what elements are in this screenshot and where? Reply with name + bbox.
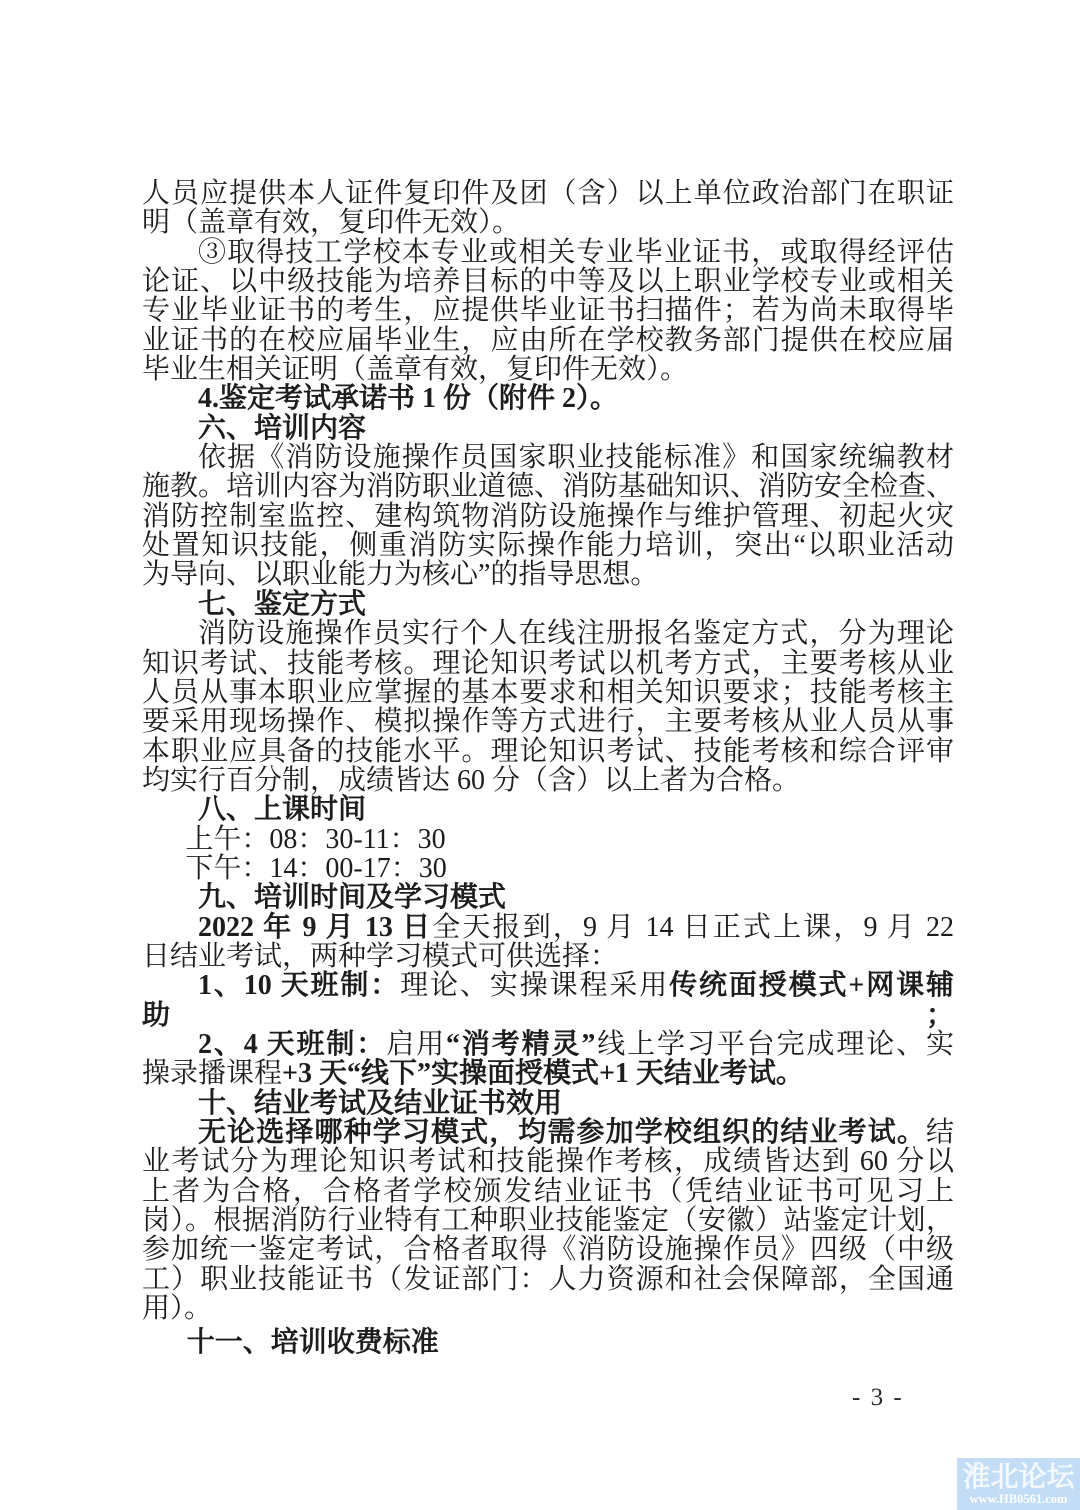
text-segment: 人员从事本职业应掌握的基本要求和相关知识要求；技能考核主 xyxy=(142,677,954,708)
text-segment: 用）。 xyxy=(142,1293,212,1324)
watermark-logo-text: 淮北论坛 xyxy=(962,1462,1074,1492)
forum-watermark: 淮北论坛 www.HB0561.com xyxy=(957,1458,1080,1510)
text-segment: 参加统一鉴定考试，合格者取得《消防设施操作员》四级（中级 xyxy=(142,1234,954,1265)
text-segment: 日结业考试，两种学习模式可供选择： xyxy=(142,941,618,972)
text-line: 消防设施操作员实行个人在线注册报名鉴定方式，分为理论 xyxy=(142,619,954,648)
section-heading-6: 六、培训内容 xyxy=(142,414,954,443)
text-segment: 依据《消防设施操作员国家职业技能标准》和国家统编教材 xyxy=(198,442,954,473)
text-segment: 上午：08：30-11：30 xyxy=(185,824,445,855)
text-line: 上者为合格，合格者学校颁发结业证书（凭结业证书可见习上 xyxy=(142,1177,954,1206)
text-segment: 消防控制室监控、建构筑物消防设施操作与维护管理、初起火灾 xyxy=(142,501,954,532)
text-line: 要采用现场操作、模拟操作等方式进行，主要考核从业人员从事 xyxy=(142,707,954,736)
text-line: 消防控制室监控、建构筑物消防设施操作与维护管理、初起火灾 xyxy=(142,502,954,531)
bold-text-segment: 十一、培训收费标准 xyxy=(187,1327,439,1358)
text-line: 施教。培训内容为消防职业道德、消防基础知识、消防安全检查、 xyxy=(142,472,954,501)
class-time-morning: 上午：08：30-11：30 xyxy=(142,825,954,854)
page-number: - 3 - xyxy=(852,1384,904,1412)
section-heading-11: 十一、培训收费标准 xyxy=(142,1328,954,1357)
section-heading-10: 十、结业考试及结业证书效用 xyxy=(142,1089,954,1118)
text-line: 2022 年 9 月 13 日全天报到，9 月 14 日正式上课，9 月 22 xyxy=(142,913,954,942)
text-segment: 施教。培训内容为消防职业道德、消防基础知识、消防安全检查、 xyxy=(142,471,954,502)
text-line: 均实行百分制，成绩皆达 60 分（含）以上者为合格。 xyxy=(142,766,954,795)
text-segment: 本职业应具备的技能水平。理论知识考试、技能考核和综合评审 xyxy=(142,736,954,767)
text-segment: 要采用现场操作、模拟操作等方式进行，主要考核从业人员从事 xyxy=(142,706,954,737)
section-heading-8: 八、上课时间 xyxy=(142,795,954,824)
text-segment: 毕业生相关证明（盖章有效，复印件无效）。 xyxy=(142,354,688,385)
text-line: 参加统一鉴定考试，合格者取得《消防设施操作员》四级（中级 xyxy=(142,1235,954,1264)
bold-text-segment: “消考精灵” xyxy=(446,1029,595,1060)
text-segment: 结 xyxy=(926,1117,954,1148)
text-segment: 处置知识技能，侧重消防实际操作能力培训，突出“以职业活动 xyxy=(142,530,954,561)
watermark-url: www.HB0561.com xyxy=(970,1492,1068,1506)
text-line: 论证、以中级技能为培养目标的中等及以上职业学校专业或相关 xyxy=(142,267,954,296)
document-body: 人员应提供本人证件复印件及团（含）以上单位政治部门在职证明（盖章有效，复印件无效… xyxy=(142,179,954,1358)
text-line: 处置知识技能，侧重消防实际操作能力培训，突出“以职业活动 xyxy=(142,531,954,560)
text-segment: 为导向、以职业能力为核心”的指导思想。 xyxy=(142,559,658,590)
section-heading-9: 九、培训时间及学习模式 xyxy=(142,883,954,912)
text-segment: 专业毕业证书的考生，应提供毕业证书扫描件；若为尚未取得毕 xyxy=(142,295,954,326)
text-segment: 人员应提供本人证件复印件及团（含）以上单位政治部门在职证 xyxy=(142,178,954,209)
text-segment: 工）职业技能证书（发证部门：人力资源和社会保障部，全国通 xyxy=(142,1264,954,1295)
text-line: 本职业应具备的技能水平。理论知识考试、技能考核和综合评审 xyxy=(142,737,954,766)
list-item-4: 4.鉴定考试承诺书 1 份（附件 2）。 xyxy=(142,384,954,413)
bold-text-segment: 七、鉴定方式 xyxy=(198,589,366,620)
bold-text-segment: 1、10 天班制： xyxy=(198,970,400,1001)
text-segment: 业证书的在校应届毕业生，应由所在学校教务部门提供在校应届 xyxy=(142,325,954,356)
text-segment: 消防设施操作员实行个人在线注册报名鉴定方式，分为理论 xyxy=(198,618,954,649)
bold-text-segment: 无论选择哪种学习模式，均需参加学校组织的结业考试。 xyxy=(198,1117,926,1148)
bold-text-segment: 六、培训内容 xyxy=(198,413,366,444)
class-time-afternoon: 下午：14：00-17：30 xyxy=(142,854,954,883)
bold-text-segment: 2、4 天班制： xyxy=(198,1029,386,1060)
text-segment: 理论、实操课程采用 xyxy=(400,970,669,1001)
bold-text-segment: 九、培训时间及学习模式 xyxy=(198,882,506,913)
text-line: 日结业考试，两种学习模式可供选择： xyxy=(142,942,954,971)
text-line: 知识考试、技能考核。理论知识考试以机考方式，主要考核从业 xyxy=(142,649,954,678)
text-line: 无论选择哪种学习模式，均需参加学校组织的结业考试。结 xyxy=(142,1118,954,1147)
text-line: 为导向、以职业能力为核心”的指导思想。 xyxy=(142,560,954,589)
bold-text-segment: +3 天“线下”实操面授模式+1 天结业考试。 xyxy=(282,1058,804,1089)
text-line: 依据《消防设施操作员国家职业技能标准》和国家统编教材 xyxy=(142,443,954,472)
text-line: 明（盖章有效，复印件无效）。 xyxy=(142,208,954,237)
text-line: 专业毕业证书的考生，应提供毕业证书扫描件；若为尚未取得毕 xyxy=(142,296,954,325)
text-segment: 业考试分为理论知识考试和技能操作考核，成绩皆达到 60 分以 xyxy=(142,1146,954,1177)
text-segment: 知识考试、技能考核。理论知识考试以机考方式，主要考核从业 xyxy=(142,648,954,679)
text-segment: 启用 xyxy=(386,1029,446,1060)
bold-text-segment: 4.鉴定考试承诺书 1 份（附件 2）。 xyxy=(198,383,618,414)
bold-text-segment: 八、上课时间 xyxy=(198,794,366,825)
bold-text-segment: 十、结业考试及结业证书效用 xyxy=(198,1088,562,1119)
text-segment: ③取得技工学校本专业或相关专业毕业证书，或取得经评估 xyxy=(198,237,954,268)
text-line: ③取得技工学校本专业或相关专业毕业证书，或取得经评估 xyxy=(142,238,954,267)
text-segment: 全天报到，9 月 14 日正式上课，9 月 22 xyxy=(432,912,954,943)
text-segment: 岗）。根据消防行业特有工种职业技能鉴定（安徽）站鉴定计划， xyxy=(142,1205,954,1236)
text-segment: 上者为合格，合格者学校颁发结业证书（凭结业证书可见习上 xyxy=(142,1176,954,1207)
text-segment: 下午：14：00-17：30 xyxy=(185,853,446,884)
text-line: 人员从事本职业应掌握的基本要求和相关知识要求；技能考核主 xyxy=(142,678,954,707)
list-item-mode-1: 1、10 天班制：理论、实操课程采用传统面授模式+网课辅助； xyxy=(142,971,954,1030)
text-segment: 均实行百分制，成绩皆达 60 分（含）以上者为合格。 xyxy=(142,765,800,796)
text-line: 操录播课程+3 天“线下”实操面授模式+1 天结业考试。 xyxy=(142,1059,954,1088)
text-line: 岗）。根据消防行业特有工种职业技能鉴定（安徽）站鉴定计划， xyxy=(142,1206,954,1235)
section-heading-7: 七、鉴定方式 xyxy=(142,590,954,619)
text-segment: 明（盖章有效，复印件无效）。 xyxy=(142,207,520,238)
text-segment: 论证、以中级技能为培养目标的中等及以上职业学校专业或相关 xyxy=(142,266,954,297)
text-segment: 操录播课程 xyxy=(142,1058,282,1089)
text-segment: 线上学习平台完成理论、实 xyxy=(595,1029,954,1060)
bold-text-segment: 2022 年 9 月 13 日 xyxy=(198,912,432,943)
text-line: 人员应提供本人证件复印件及团（含）以上单位政治部门在职证 xyxy=(142,179,954,208)
text-line: 业证书的在校应届毕业生，应由所在学校教务部门提供在校应届 xyxy=(142,326,954,355)
scanned-document-page: 人员应提供本人证件复印件及团（含）以上单位政治部门在职证明（盖章有效，复印件无效… xyxy=(0,0,1080,1510)
list-item-mode-2: 2、4 天班制：启用“消考精灵”线上学习平台完成理论、实 xyxy=(142,1030,954,1059)
text-line: 工）职业技能证书（发证部门：人力资源和社会保障部，全国通 xyxy=(142,1265,954,1294)
text-line: 业考试分为理论知识考试和技能操作考核，成绩皆达到 60 分以 xyxy=(142,1147,954,1176)
text-line: 用）。 xyxy=(142,1294,954,1323)
text-line: 毕业生相关证明（盖章有效，复印件无效）。 xyxy=(142,355,954,384)
